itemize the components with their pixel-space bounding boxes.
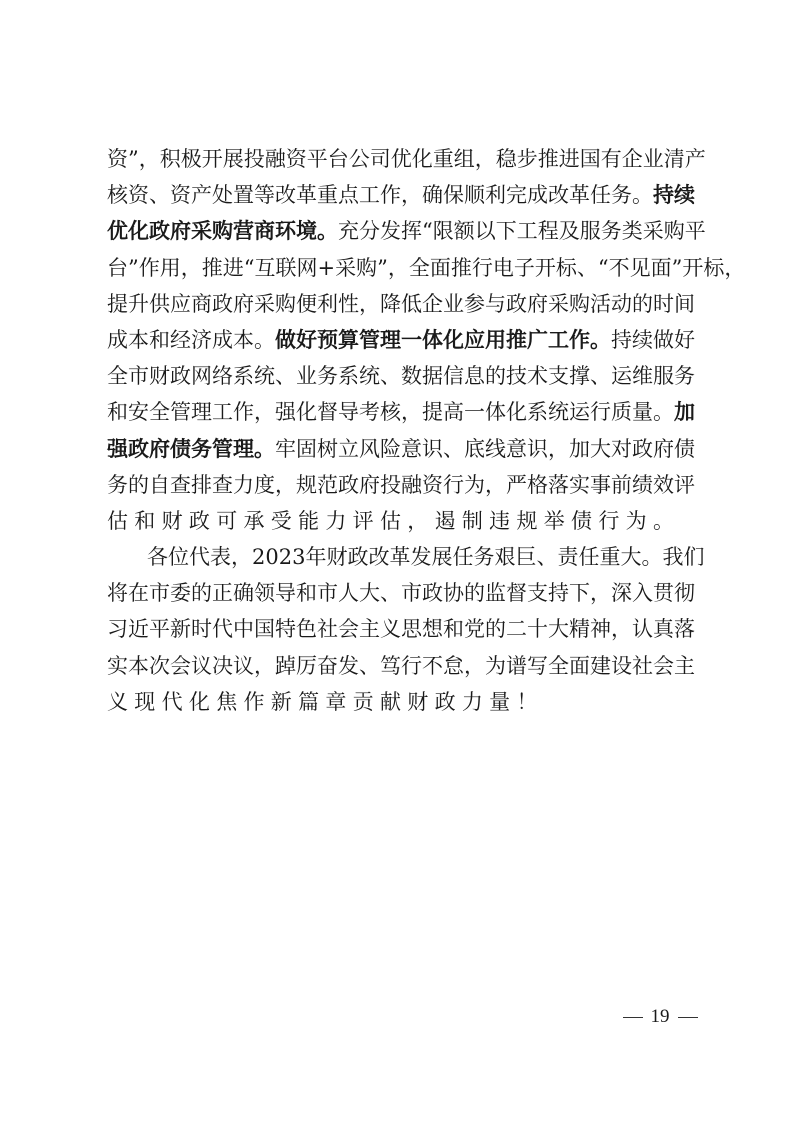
text-char: 。	[653, 503, 674, 539]
text-char: 事	[590, 467, 611, 503]
text-line: 义现代化焦作新篇章贡献财政力量！	[107, 684, 694, 720]
text-char: 踔	[275, 648, 296, 684]
text-char: 各	[147, 539, 168, 575]
text-char: 中	[233, 611, 254, 647]
text-char: 发	[380, 213, 401, 249]
text-char: 务	[601, 213, 622, 249]
text-char: 技	[506, 358, 527, 394]
text-char: 商	[191, 286, 212, 322]
bold-heading-char: 。	[590, 322, 611, 358]
text-char: ！	[516, 684, 537, 720]
text-char: 、	[380, 358, 401, 394]
text-char: 购	[275, 286, 296, 322]
text-char: 开	[202, 141, 223, 177]
text-char: 主	[359, 611, 380, 647]
bold-heading-char: 理	[233, 431, 254, 467]
text-char: 险	[380, 431, 401, 467]
text-char: ，	[231, 539, 252, 575]
text-char: 入	[632, 575, 653, 611]
text-char: 推	[202, 250, 223, 286]
text-char: 代	[162, 684, 183, 720]
text-char: 购	[569, 286, 590, 322]
text-char: 平	[307, 141, 328, 177]
text-char: 格	[527, 467, 548, 503]
text-char: 平	[149, 611, 170, 647]
text-char: 互	[255, 250, 276, 286]
text-char: 市	[401, 575, 422, 611]
text-char: ，	[275, 467, 296, 503]
text-char: 政	[212, 286, 233, 322]
bold-heading-char: 体	[422, 322, 443, 358]
text-char: 义	[380, 611, 401, 647]
text-char: 以	[475, 213, 496, 249]
text-char: 进	[559, 141, 580, 177]
text-char: 持	[611, 322, 632, 358]
text-char: 融	[265, 141, 286, 177]
text-char: 谱	[506, 648, 527, 684]
text-char: 点	[338, 177, 359, 213]
text-char: 和	[296, 575, 317, 611]
text-char: 化	[189, 684, 210, 720]
text-char: 强	[275, 394, 296, 430]
text-char: 化	[506, 394, 527, 430]
text-char: 平	[685, 213, 706, 249]
text-char: 政	[347, 539, 368, 575]
text-char: 术	[527, 358, 548, 394]
text-char: 力	[325, 503, 346, 539]
document-page: 资”，积极开展投融资平台公司优化重组，稳步推进国有企业清产核资、资产处置等改革重…	[0, 0, 793, 1122]
text-char: 督	[506, 575, 527, 611]
text-char: 与	[485, 286, 506, 322]
text-char: 国	[580, 141, 601, 177]
text-char: 展	[223, 141, 244, 177]
text-char: ，	[611, 611, 632, 647]
text-char: 我	[662, 539, 683, 575]
text-char: 位	[168, 539, 189, 575]
text-char: 任	[452, 539, 473, 575]
text-char: 融	[401, 467, 422, 503]
text-char: 组	[454, 141, 475, 177]
text-char: 新	[271, 684, 292, 720]
text-char: 受	[271, 503, 292, 539]
text-char: ，	[254, 394, 275, 430]
text-line: 习近平新时代中国特色社会主义思想和党的二十大精神，认真落	[107, 611, 694, 647]
text-char: ，	[590, 575, 611, 611]
text-char: 作	[380, 177, 401, 213]
text-char: 加	[569, 431, 590, 467]
bold-heading-char: 环	[275, 213, 296, 249]
text-char: 提	[422, 394, 443, 430]
text-char: 章	[325, 684, 346, 720]
text-char: 大	[590, 431, 611, 467]
text-char: 、	[590, 358, 611, 394]
bold-heading-char: 续	[674, 177, 695, 213]
text-char: 考	[359, 394, 380, 430]
text-char: 想	[422, 611, 443, 647]
text-char: 党	[464, 611, 485, 647]
text-char: 产	[685, 141, 706, 177]
text-char: 为	[485, 648, 506, 684]
text-char: 作	[139, 250, 160, 286]
text-char: 务	[317, 358, 338, 394]
text-char: 政	[506, 286, 527, 322]
bold-heading-char: 用	[485, 322, 506, 358]
text-char: 时	[191, 611, 212, 647]
bold-heading-char: 务	[191, 431, 212, 467]
text-char: ，	[139, 141, 160, 177]
text-char: 核	[107, 177, 128, 213]
text-char: 网	[191, 358, 212, 394]
text-char: 重	[433, 141, 454, 177]
text-char: ，	[475, 141, 496, 177]
text-char: 不	[609, 250, 630, 286]
text-line: 和安全管理工作，强化督导考核，提高一体化系统运行质量。加	[107, 394, 694, 430]
text-char: 力	[233, 467, 254, 503]
text-char: 全	[107, 358, 128, 394]
text-char: 续	[632, 322, 653, 358]
text-char: 督	[317, 394, 338, 430]
text-char: 降	[380, 286, 401, 322]
bold-heading-char: 政	[128, 431, 149, 467]
text-char: 及	[559, 213, 580, 249]
text-char: 估	[380, 503, 401, 539]
text-char: 导	[338, 394, 359, 430]
text-char: 识	[527, 431, 548, 467]
text-char: 社	[632, 648, 653, 684]
bold-heading-char: 算	[338, 322, 359, 358]
bold-heading-char: 广	[527, 322, 548, 358]
text-char: 成	[107, 322, 128, 358]
text-char: 巨	[515, 539, 536, 575]
text-char: 和	[443, 611, 464, 647]
text-char: 电	[493, 250, 514, 286]
text-line: 台”作用，推进“互联网+采购”，全面推行电子开标、“不见面”开标，	[107, 250, 694, 286]
text-char: 统	[254, 358, 275, 394]
bold-heading-char: 。	[254, 431, 275, 467]
text-char: 额	[454, 213, 475, 249]
text-char: 济	[191, 322, 212, 358]
text-char: 怠	[443, 648, 464, 684]
text-char: 改	[548, 177, 569, 213]
bold-heading-char: 持	[653, 177, 674, 213]
text-char: 安	[128, 394, 149, 430]
text-char: ，	[724, 250, 745, 286]
text-char: 次	[149, 648, 170, 684]
text-char: 委	[170, 575, 191, 611]
text-char: 责	[557, 539, 578, 575]
text-char: 资	[128, 177, 149, 213]
text-char: 贯	[653, 575, 674, 611]
text-char: 务	[473, 539, 494, 575]
text-char: 量	[489, 684, 510, 720]
text-char: 工	[212, 394, 233, 430]
text-char: 重	[599, 539, 620, 575]
page-number: 19	[620, 1006, 700, 1028]
bold-heading-char: 营	[233, 213, 254, 249]
text-char: 政	[435, 684, 456, 720]
text-char: 绩	[632, 467, 653, 503]
text-char: 政	[189, 503, 210, 539]
text-char: 。	[653, 394, 674, 430]
text-char: 采	[643, 213, 664, 249]
text-char: 对	[611, 431, 632, 467]
text-char: 将	[107, 575, 128, 611]
text-char: 供	[149, 286, 170, 322]
text-char: 本	[128, 322, 149, 358]
text-char: 作	[243, 684, 264, 720]
text-char: 系	[527, 394, 548, 430]
text-char: 债	[571, 503, 592, 539]
bold-heading-char: 购	[212, 213, 233, 249]
text-char: 人	[338, 575, 359, 611]
text-char: 清	[664, 141, 685, 177]
text-char: 债	[674, 431, 695, 467]
bold-heading-char: 作	[569, 322, 590, 358]
text-line: 务的自查排查力度，规范政府投融资行为，严格落实事前绩效评	[107, 467, 694, 503]
text-char: ，	[181, 250, 202, 286]
text-char: 高	[443, 394, 464, 430]
bold-heading-char: 化	[128, 213, 149, 249]
text-char: 台	[107, 250, 128, 286]
text-char: 理	[191, 394, 212, 430]
text-char: 严	[506, 467, 527, 503]
text-char: 十	[527, 611, 548, 647]
bold-heading-char: 理	[380, 322, 401, 358]
text-char: 升	[128, 286, 149, 322]
bold-heading-char: 采	[191, 213, 212, 249]
text-char: “	[422, 213, 433, 249]
text-char: 顺	[464, 177, 485, 213]
text-char: 自	[149, 467, 170, 503]
text-char: 主	[674, 648, 695, 684]
text-char: 底	[464, 431, 485, 467]
text-char: 彻	[674, 575, 695, 611]
text-char: 限	[433, 213, 454, 249]
text-char: 全	[409, 250, 430, 286]
text-line: 各位代表，2023 年财政改革发展任务艰巨、责任重大。我们	[107, 539, 694, 575]
text-char: 类	[622, 213, 643, 249]
text-char: 力	[462, 684, 483, 720]
text-char: 改	[275, 177, 296, 213]
bold-heading-char: 管	[359, 322, 380, 358]
text-char: 神	[590, 611, 611, 647]
text-char: 处	[212, 177, 233, 213]
text-char: 社	[317, 611, 338, 647]
text-char: 据	[422, 358, 443, 394]
bold-heading-char: 加	[674, 394, 695, 430]
text-char: 面	[569, 648, 590, 684]
text-char: 和	[107, 394, 128, 430]
text-char: 保	[443, 177, 464, 213]
text-char: 和	[134, 503, 155, 539]
text-char: 用	[160, 250, 181, 286]
text-char: 展	[431, 539, 452, 575]
text-char: 规	[516, 503, 537, 539]
text-char: 业	[643, 141, 664, 177]
text-char: 思	[401, 611, 422, 647]
text-char: 企	[622, 141, 643, 177]
text-char: 联	[276, 250, 297, 286]
text-char: 评	[353, 503, 374, 539]
text-char: 市	[128, 358, 149, 394]
text-char: 管	[170, 394, 191, 430]
text-line: 核资、资产处置等改革重点工作，确保顺利完成改革任务。持续	[107, 177, 694, 213]
text-char: 成	[527, 177, 548, 213]
text-char: 确	[233, 575, 254, 611]
text-char: 购	[664, 213, 685, 249]
text-char: 篇	[298, 684, 319, 720]
text-char: 府	[233, 286, 254, 322]
text-char: 标	[556, 250, 577, 286]
text-char: 在	[128, 575, 149, 611]
text-char: 支	[548, 358, 569, 394]
text-char: 信	[443, 358, 464, 394]
text-char: 义	[107, 684, 128, 720]
text-char: 为	[626, 503, 647, 539]
text-char: 服	[580, 213, 601, 249]
text-char: 承	[243, 503, 264, 539]
text-char: 采	[335, 250, 356, 286]
text-char: 行	[443, 467, 464, 503]
text-char: ，	[359, 286, 380, 322]
text-char: 程	[538, 213, 559, 249]
text-char: 下	[496, 213, 517, 249]
text-char: 特	[275, 611, 296, 647]
bold-heading-char: 预	[317, 322, 338, 358]
text-char: 确	[422, 177, 443, 213]
text-char: 行	[472, 250, 493, 286]
text-char: 牢	[275, 431, 296, 467]
text-char: 下	[569, 575, 590, 611]
bold-heading-char: 商	[254, 213, 275, 249]
text-char: 政	[338, 467, 359, 503]
text-char: 领	[254, 575, 275, 611]
text-char: 2023	[252, 539, 305, 575]
text-char: 做	[653, 322, 674, 358]
text-char: 府	[653, 431, 674, 467]
text-char: 意	[401, 431, 422, 467]
text-char: 、	[536, 539, 557, 575]
text-char: “	[244, 250, 255, 286]
text-char: 统	[359, 358, 380, 394]
text-char: 见	[630, 250, 651, 286]
text-char: 资	[170, 177, 191, 213]
text-char: 撑	[569, 358, 590, 394]
text-char: 、	[149, 177, 170, 213]
text-char: 络	[212, 358, 233, 394]
text-char: ，	[254, 648, 275, 684]
text-char: 会	[338, 611, 359, 647]
text-char: ，	[401, 394, 422, 430]
text-char: 厉	[296, 648, 317, 684]
text-char: 司	[370, 141, 391, 177]
text-char: 大	[620, 539, 641, 575]
text-line: 估和财政可承受能力评估，遏制违规举债行为。	[107, 503, 694, 539]
text-char: 、	[380, 575, 401, 611]
text-char: 优	[391, 141, 412, 177]
text-char: 量	[632, 394, 653, 430]
text-char: 市	[149, 575, 170, 611]
text-char: 公	[349, 141, 370, 177]
text-char: 挥	[401, 213, 422, 249]
text-char: 表	[210, 539, 231, 575]
text-char: 投	[380, 467, 401, 503]
text-char: ，	[485, 467, 506, 503]
text-char: 核	[380, 394, 401, 430]
text-char: 遏	[435, 503, 456, 539]
text-char: 化	[412, 141, 433, 177]
text-char: 固	[296, 431, 317, 467]
text-char: 完	[506, 177, 527, 213]
text-char: 议	[191, 648, 212, 684]
text-char: ，	[548, 431, 569, 467]
text-char: 维	[632, 358, 653, 394]
text-char: ，	[407, 503, 428, 539]
text-char: 、	[359, 648, 380, 684]
text-char: 们	[683, 539, 704, 575]
text-char: 子	[514, 250, 535, 286]
text-char: 查	[212, 467, 233, 503]
text-char: 深	[611, 575, 632, 611]
text-char: 意	[506, 431, 527, 467]
text-char: 贡	[353, 684, 374, 720]
text-char: 、	[577, 250, 598, 286]
text-char: 务	[107, 467, 128, 503]
text-char: 充	[338, 213, 359, 249]
text-char: 全	[548, 648, 569, 684]
text-char: 等	[254, 177, 275, 213]
text-char: 为	[464, 467, 485, 503]
text-char: 监	[485, 575, 506, 611]
bold-heading-char: 推	[506, 322, 527, 358]
text-char: 府	[359, 467, 380, 503]
text-char: 年	[305, 539, 326, 575]
text-char: 标	[703, 250, 724, 286]
text-char: 的	[632, 286, 653, 322]
text-char: 实	[569, 467, 590, 503]
text-char: 前	[611, 467, 632, 503]
text-char: 好	[674, 322, 695, 358]
bold-heading-char: 优	[107, 213, 128, 249]
text-char: 行	[598, 503, 619, 539]
bold-heading-char: 化	[443, 322, 464, 358]
text-char: 购	[356, 250, 377, 286]
bold-heading-char: 府	[149, 431, 170, 467]
text-char: 落	[548, 467, 569, 503]
text-char: 近	[128, 611, 149, 647]
text-line: 将在市委的正确领导和市人大、市政协的监督支持下，深入贯彻	[107, 575, 694, 611]
text-char: 线	[485, 431, 506, 467]
text-char: 作	[233, 394, 254, 430]
text-char: 工	[517, 213, 538, 249]
text-char: 政	[422, 575, 443, 611]
text-char: 稳	[496, 141, 517, 177]
text-char: 体	[485, 394, 506, 430]
text-char: 开	[535, 250, 556, 286]
text-char: 开	[682, 250, 703, 286]
text-char: 运	[611, 358, 632, 394]
text-char: 估	[107, 503, 128, 539]
text-char: 实	[107, 648, 128, 684]
text-line: 强政府债务管理。牢固树立风险意识、底线意识，加大对政府债	[107, 431, 694, 467]
text-char: 资	[422, 467, 443, 503]
text-char: 协	[443, 575, 464, 611]
text-char: 落	[674, 611, 695, 647]
text-char: 资	[107, 141, 128, 177]
text-char: 规	[296, 467, 317, 503]
text-char: 便	[296, 286, 317, 322]
text-char: 评	[674, 467, 695, 503]
